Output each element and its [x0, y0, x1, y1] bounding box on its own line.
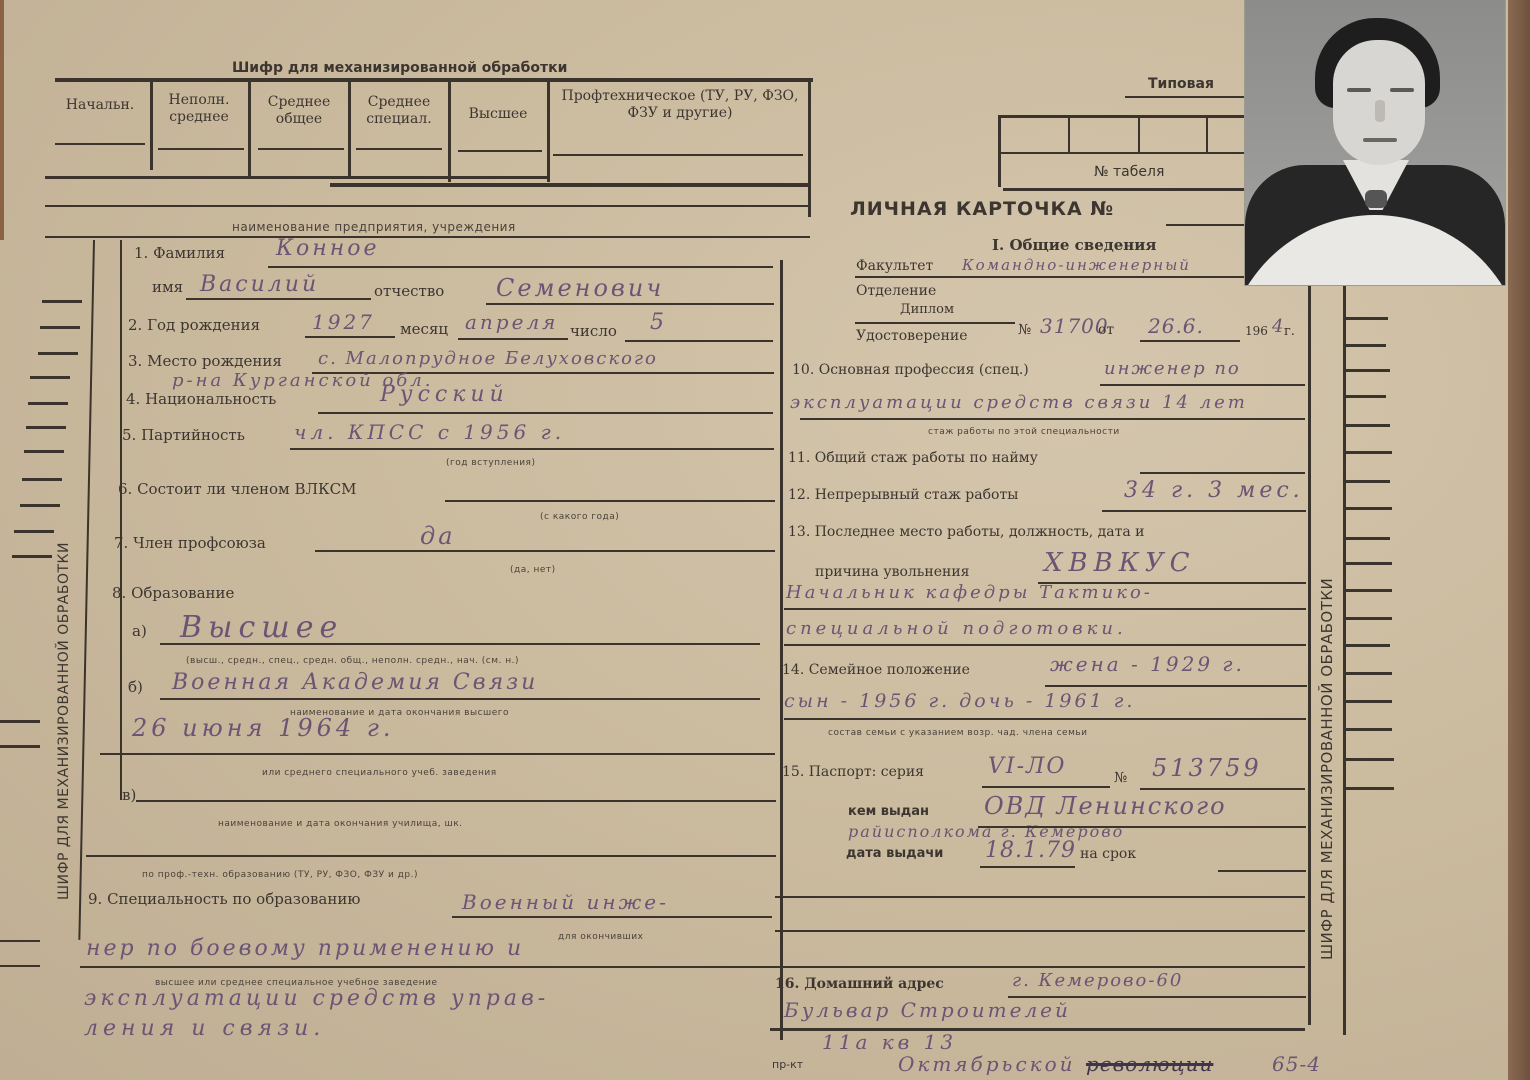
f8v-label: в) — [122, 786, 136, 804]
f8a-label: а) — [132, 622, 147, 640]
margin-tick — [1346, 787, 1394, 790]
f9-label: 9. Специальность по образованию — [88, 890, 360, 908]
margin-tick — [1346, 589, 1392, 592]
passport-number-label: № — [1114, 770, 1127, 786]
margin-tick — [30, 376, 70, 379]
f6-label: 6. Состоит ли членом ВЛКСМ — [118, 480, 356, 498]
portrait-photo — [1245, 0, 1505, 285]
margin-tick — [1346, 672, 1392, 675]
table-top-border — [55, 78, 813, 82]
address-2: Бульвар Строителей — [784, 998, 1071, 1022]
f14-value-2: сын - 1956 г. дочь - 1961 г. — [784, 690, 1135, 712]
margin-line — [120, 240, 122, 800]
issued-by-1: ОВД Ленинского — [984, 792, 1227, 820]
issue-date: 18.1.79 — [985, 838, 1076, 863]
cell-line — [553, 154, 803, 156]
underline — [784, 718, 1306, 720]
department-label: Отделение — [856, 283, 936, 299]
margin-tick — [1346, 537, 1390, 540]
blank-line — [775, 966, 1305, 968]
f8b-label: б) — [128, 678, 143, 696]
tabel-box-top — [998, 115, 1248, 118]
f10-value-1: инженер по — [1104, 358, 1241, 379]
f5-label: 5. Партийность — [122, 426, 245, 444]
col-specialized-secondary: Среднее специал. — [351, 94, 447, 128]
underline — [458, 338, 568, 340]
month-label: месяц — [400, 320, 448, 338]
margin-tick — [1346, 369, 1390, 372]
margin-tick — [1346, 480, 1390, 483]
year-unit: г. — [1284, 324, 1295, 339]
underline — [100, 753, 775, 755]
passport-series: VI-ЛО — [988, 754, 1066, 779]
underline — [978, 826, 1306, 828]
f13-value-2: Начальник кафедры Тактико- — [786, 582, 1153, 603]
underline — [855, 322, 1015, 324]
photo-nose — [1375, 100, 1385, 122]
f3-label: 3. Место рождения — [128, 352, 282, 370]
enterprise-caption: наименование предприятия, учреждения — [232, 220, 516, 234]
margin-tick — [1346, 728, 1392, 731]
margin-tick — [28, 402, 68, 405]
f10-caption: стаж работы по этой специальности — [928, 427, 1120, 437]
blank-line — [775, 930, 1305, 932]
side-margin-label-right: ШИФР ДЛЯ МЕХАНИЗИРОВАННОЙ ОБРАБОТКИ — [1318, 578, 1336, 960]
margin-tick — [1346, 644, 1390, 647]
underline — [980, 866, 1075, 868]
f14-label: 14. Семейное положение — [782, 662, 970, 678]
f7-value: да — [420, 522, 456, 550]
margin-tick — [1346, 317, 1388, 320]
table-surface-edge-left — [0, 0, 4, 240]
tabel-number-label: № табеля — [1094, 164, 1164, 180]
section-title: I. Общие сведения — [992, 236, 1156, 254]
table-surface-edge — [1508, 0, 1530, 1080]
photo-eye — [1347, 88, 1371, 92]
f9-caption: для окончивших — [558, 932, 643, 942]
underline — [784, 644, 1306, 646]
f1-label: 1. Фамилия — [134, 244, 225, 262]
underline — [625, 340, 773, 342]
table-row-border — [45, 176, 550, 179]
underline — [784, 608, 1306, 610]
underline — [186, 298, 371, 300]
photo-mouth — [1363, 138, 1397, 142]
from-label: от — [1098, 322, 1114, 338]
column-divider — [248, 82, 251, 177]
margin-tick — [1346, 395, 1386, 398]
underline — [80, 966, 775, 968]
f14-caption: состав семьи с указанием возр. чад. член… — [828, 728, 1088, 738]
underline — [445, 500, 775, 502]
f15-label: 15. Паспорт: серия — [782, 764, 924, 780]
margin-tick — [1346, 617, 1392, 620]
address-4: Октябрьской — [898, 1052, 1076, 1076]
underline — [1125, 96, 1245, 98]
underline — [1140, 340, 1240, 342]
f13-label-1: 13. Последнее место работы, должность, д… — [788, 524, 1144, 540]
f10-value-2: эксплуатации средств связи 14 лет — [790, 392, 1248, 413]
tabel-row-line — [1000, 152, 1245, 154]
margin-tick — [1346, 344, 1386, 347]
column-divider — [547, 82, 550, 182]
certificate-label: Удостоверение — [856, 328, 968, 344]
photo-eye — [1390, 88, 1414, 92]
form-type-label: Типовая — [1148, 76, 1214, 92]
f8-label: 8. Образование — [112, 584, 234, 602]
f1-surname-value: Конное — [276, 236, 380, 261]
day-label: число — [570, 322, 617, 340]
underline — [1166, 224, 1246, 226]
margin-tick — [1346, 700, 1392, 703]
name-value: Василий — [200, 272, 319, 297]
f11-label: 11. Общий стаж работы по найму — [788, 450, 1038, 466]
underline — [305, 336, 395, 338]
coding-header: Шифр для механизированной обработки — [232, 60, 567, 76]
f2-label: 2. Год рождения — [128, 316, 260, 334]
col-vocational: Профтехническое (ТУ, РУ, ФЗО, ФЗУ и друг… — [560, 88, 800, 122]
tabel-box-left — [998, 115, 1001, 187]
address-4-label: пр-кт — [772, 1058, 803, 1071]
underline — [855, 276, 1305, 278]
passport-number: 513759 — [1152, 754, 1262, 782]
margin-tick — [1346, 451, 1392, 454]
issued-by-label: кем выдан — [848, 804, 929, 819]
column-divider — [808, 82, 811, 217]
f9-value-4: ления и связи. — [84, 1016, 325, 1041]
tabel-divider — [1068, 118, 1070, 153]
address-4-suffix: 65-4 — [1272, 1052, 1321, 1076]
f8a-value: Высшее — [180, 610, 343, 645]
term-label: на срок — [1080, 846, 1136, 862]
cell-line — [158, 148, 244, 150]
margin-tick — [0, 965, 40, 967]
f10-label: 10. Основная профессия (спец.) — [792, 362, 1029, 378]
margin-tick — [0, 940, 40, 942]
birth-day: 5 — [650, 310, 667, 335]
f8b-value: Военная Академия Связи — [172, 670, 538, 695]
underline — [1140, 472, 1305, 474]
f9-value-3: эксплуатации средств управ- — [84, 986, 549, 1011]
margin-tick — [38, 352, 78, 355]
left-form-right-border — [780, 260, 783, 1040]
birth-year: 1927 — [312, 310, 375, 334]
underline — [1140, 788, 1305, 790]
margin-tick — [1346, 424, 1390, 427]
birthplace-line1: с. Малопрудное Белуховского — [318, 348, 658, 369]
address-4-struck: революции — [1086, 1052, 1213, 1076]
margin-tick — [1346, 758, 1394, 761]
tabel-box-bottom — [1003, 188, 1245, 191]
enterprise-line-2 — [45, 236, 810, 238]
f7-label: 7. Член профсоюза — [114, 534, 266, 552]
margin-tick — [1346, 507, 1392, 510]
birth-month: апреля — [465, 310, 558, 334]
diploma-label: Диплом — [900, 302, 954, 317]
margin-tick — [14, 530, 54, 533]
cell-line — [458, 150, 542, 152]
underline — [1102, 510, 1306, 512]
col-higher: Высшее — [450, 106, 546, 123]
right-form-border — [1308, 285, 1311, 1025]
underline — [160, 643, 760, 645]
f8a-caption: (высш., средн., спец., средн. общ., непо… — [186, 656, 519, 666]
f8v-caption2: по проф.-техн. образованию (ТУ, РУ, ФЗО,… — [142, 870, 418, 880]
address-1: г. Кемерово-60 — [1012, 970, 1183, 991]
underline — [982, 786, 1110, 788]
underline — [486, 303, 774, 305]
f13-value-1: ХВВКУС — [1044, 548, 1196, 578]
underline — [452, 916, 772, 918]
f8b-date: 26 июня 1964 г. — [132, 714, 395, 742]
tabel-divider — [1138, 118, 1140, 153]
margin-tick — [40, 326, 80, 329]
number-prefix: № — [1018, 322, 1031, 338]
f16-label: 16. Домашний адрес — [775, 976, 944, 992]
underline — [86, 855, 776, 857]
f6-caption: (с какого года) — [540, 512, 619, 522]
name-label: имя — [152, 278, 183, 296]
underline — [1218, 870, 1306, 872]
tabel-divider — [1206, 118, 1208, 153]
f12-value: 34 г. 3 мес. — [1124, 478, 1304, 503]
underline — [268, 266, 773, 268]
underline — [318, 412, 773, 414]
nationality-value: Русский — [380, 382, 509, 407]
card-title: ЛИЧНАЯ КАРТОЧКА № — [850, 198, 1114, 220]
photo-tie — [1365, 190, 1387, 208]
f14-value-1: жена - 1929 г. — [1050, 652, 1245, 676]
address-3: 11а кв 13 — [822, 1030, 957, 1054]
f4-label: 4. Национальность — [126, 390, 276, 408]
f8b-caption2: или среднего специального учеб. заведени… — [262, 768, 497, 778]
table-bottom-border — [330, 183, 810, 187]
margin-tick — [22, 478, 62, 481]
diploma-date: 26.6. — [1148, 314, 1204, 338]
faculty-value: Командно-инженерный — [962, 256, 1191, 274]
cell-line — [356, 148, 442, 150]
margin-tick — [1346, 562, 1392, 565]
margin-tick — [26, 426, 66, 429]
margin-tick — [42, 300, 82, 303]
f9-value-2: нер по боевому применению и — [86, 936, 524, 961]
margin-tick — [12, 555, 52, 558]
f8v-caption: наименование и дата окончания училища, ш… — [218, 819, 463, 829]
col-primary: Начальн. — [52, 97, 148, 114]
f13-label-2: причина увольнения — [815, 564, 970, 580]
f13-value-3: специальной подготовки. — [786, 618, 1127, 639]
party-value: чл. КПСС с 1956 г. — [294, 420, 565, 444]
underline — [160, 698, 760, 700]
year-suffix: 4 — [1272, 316, 1283, 337]
underline — [290, 448, 774, 450]
f12-label: 12. Непрерывный стаж работы — [788, 487, 1018, 503]
underline — [136, 800, 776, 802]
margin-tick — [0, 745, 40, 748]
underline — [315, 550, 775, 552]
issue-date-label: дата выдачи — [846, 846, 943, 861]
blank-line — [775, 896, 1305, 898]
column-divider — [448, 82, 451, 182]
col-general-secondary: Среднее общее — [252, 94, 346, 128]
cell-line — [55, 143, 145, 145]
margin-tick — [24, 450, 64, 453]
underline — [1100, 384, 1305, 386]
enterprise-line — [45, 205, 810, 207]
f9-value-1: Военный инже- — [462, 890, 669, 914]
margin-tick — [0, 720, 40, 723]
patronymic-value: Семенович — [496, 274, 664, 302]
faculty-label: Факультет — [856, 258, 933, 274]
underline — [800, 418, 1305, 420]
col-incomplete-secondary: Неполн. среднее — [153, 92, 245, 126]
underline — [1045, 685, 1307, 687]
f5-caption: (год вступления) — [446, 458, 535, 468]
side-margin-label-left: ШИФР ДЛЯ МЕХАНИЗИРОВАННОЙ ОБРАБОТКИ — [56, 542, 72, 900]
year-prefix: 196 — [1245, 324, 1268, 338]
margin-tick — [20, 504, 60, 507]
cell-line — [258, 148, 344, 150]
patronymic-label: отчество — [374, 282, 444, 300]
f7-caption: (да, нет) — [510, 565, 556, 575]
